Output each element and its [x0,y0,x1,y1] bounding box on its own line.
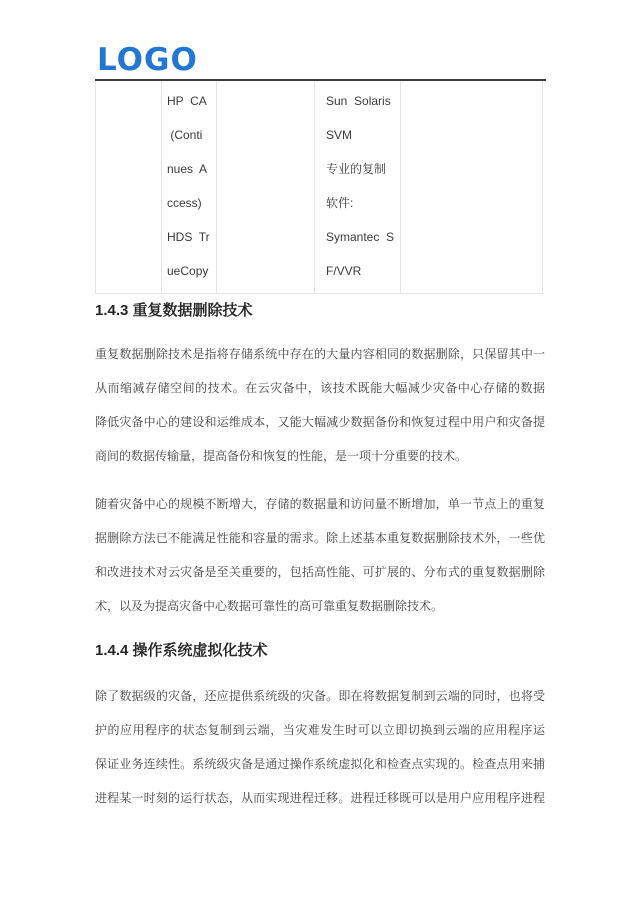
body-line: 和改进技术对云灾备是至关重要的，包括高性能、可扩展的、分布式的重复数据删除技 [95,555,545,589]
table-cell-line: Symantec S [326,220,400,254]
body-line: 降低灾备中心的建设和运维成本，又能大幅减少数据备份和恢复过程中用户和灾备提供 [95,405,545,439]
table-cell-line: F/VVR [326,254,400,288]
document-page: LOGO HP CA (Conti nues A ccess) HDS Tr u… [0,0,640,906]
logo: LOGO [97,42,198,78]
table-cell-line: HP CA [167,84,216,118]
table-cell-line: ccess) [167,186,216,220]
section-heading-1-4-4: 1.4.4 操作系统虚拟化技术 [95,640,268,662]
body-line: 重复数据删除技术是指将存储系统中存在的大量内容相同的数据删除，只保留其中一份， [95,337,545,371]
paragraph-os-virtualization: 除了数据级的灾备，还应提供系统级的灾备。即在将数据复制到云端的同时，也将受保 护… [95,679,545,815]
table-cell-empty [95,81,161,293]
body-line: 据删除方法已不能满足性能和容量的需求。除上述基本重复数据删除技术外，一些优化 [95,521,545,555]
table-cell-sun-symantec: Sun Solaris SVM 专业的复制 软件: Symantec S F/V… [314,81,400,293]
table-cell-line: 软件: [326,186,400,220]
body-line: 术，以及为提高灾备中心数据可靠性的高可靠重复数据删除技术。 [95,589,545,623]
body-line: 护的应用程序的状态复制到云端，当灾难发生时可以立即切换到云端的应用程序运行， [95,713,545,747]
body-line: 商间的数据传输量，提高备份和恢复的性能，是一项十分重要的技术。 [95,439,545,473]
table-cell-empty [216,81,314,293]
table-cell-line: 专业的复制 [326,152,400,186]
paragraph-dedup-scale: 随着灾备中心的规模不断增大，存储的数据量和访问量不断增加，单一节点上的重复数 据… [95,487,545,623]
table-cell-line: HDS Tr [167,220,216,254]
table-cell-hp-hds: HP CA (Conti nues A ccess) HDS Tr ueCopy [161,81,216,293]
table-cell-line: SVM [326,118,400,152]
software-table: HP CA (Conti nues A ccess) HDS Tr ueCopy… [95,81,544,294]
body-line: 随着灾备中心的规模不断增大，存储的数据量和访问量不断增加，单一节点上的重复数 [95,487,545,521]
body-line: 从而缩减存储空间的技术。在云灾备中，该技术既能大幅减少灾备中心存储的数据量， [95,371,545,405]
paragraph-dedup-intro: 重复数据删除技术是指将存储系统中存在的大量内容相同的数据删除，只保留其中一份， … [95,337,545,473]
table-cell-line: nues A [167,152,216,186]
body-line: 除了数据级的灾备，还应提供系统级的灾备。即在将数据复制到云端的同时，也将受保 [95,679,545,713]
body-line: 进程某一时刻的运行状态，从而实现进程迁移。进程迁移既可以是用户应用程序进程到 [95,781,545,815]
table-cell-empty [400,81,543,293]
table-cell-line: (Conti [167,118,216,152]
body-line: 保证业务连续性。系统级灾备是通过操作系统虚拟化和检查点实现的。检查点用来捕获 [95,747,545,781]
section-heading-1-4-3: 1.4.3 重复数据删除技术 [95,300,253,322]
table-cell-line: Sun Solaris [326,84,400,118]
table-cell-line: ueCopy [167,254,216,288]
